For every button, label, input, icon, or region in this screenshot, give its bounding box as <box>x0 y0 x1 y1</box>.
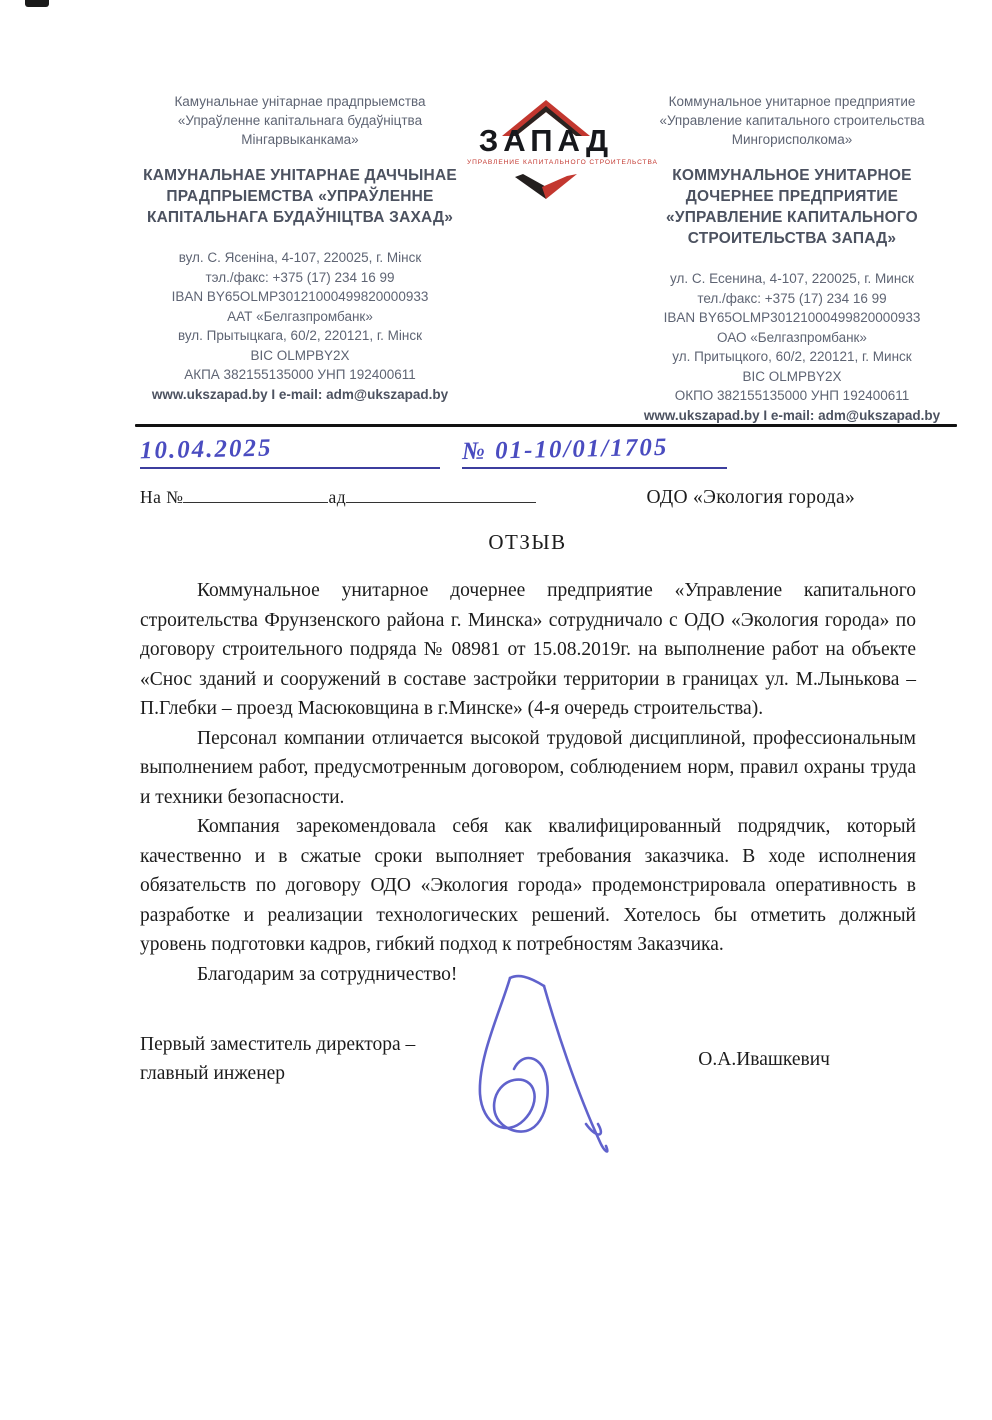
letter-title: ОТЗЫВ <box>140 530 915 555</box>
letter-document: Камунальнае унітарнае прадпрыемства «Упр… <box>0 0 992 1420</box>
reference-line: 10.04.2025№ 01-10/01/1705 <box>140 436 960 469</box>
org-name-small-by: Камунальнае унітарнае прадпрыемства «Упр… <box>135 92 465 149</box>
signature-block: Первый заместитель директора – главный и… <box>140 1030 915 1088</box>
letterhead-left-belarusian: Камунальнае унітарнае прадпрыемства «Упр… <box>135 92 465 425</box>
na-number-label: На № <box>140 487 183 507</box>
header-divider <box>135 424 957 427</box>
recipient-name: ОДО «Экология города» <box>646 487 915 509</box>
letterhead-right-russian: Коммунальное унитарное предприятие «Упра… <box>627 92 957 425</box>
website-email-line: www.ukszapad.by I e-mail: adm@ukszapad.b… <box>627 406 957 426</box>
paragraph: Персонал компании отличается высокой тру… <box>140 724 916 813</box>
signer-position: Первый заместитель директора – главный и… <box>140 1030 415 1088</box>
address-line: ОКПО 382155135000 УНП 192400611 <box>627 386 957 406</box>
paragraph: Компания зарекомендовала себя как квалиф… <box>140 812 916 960</box>
handwritten-doc-number: № 01-10/01/1705 <box>462 436 727 469</box>
ad-label: ад <box>328 487 346 507</box>
address-line: ААТ «Белгазпромбанк» <box>135 307 465 327</box>
scan-artifact <box>25 0 49 7</box>
letter-body: Коммунальное унитарное дочернее предприя… <box>140 576 916 989</box>
incoming-reference-row: На №ад ОДО «Экология города» <box>140 487 915 509</box>
signer-position-line2: главный инженер <box>140 1059 415 1088</box>
address-line: ОАО «Белгазпромбанк» <box>627 328 957 348</box>
na-number-blank <box>183 488 328 503</box>
org-name-bold-ru: КОММУНАЛЬНОЕ УНИТАРНОЕ ДОЧЕРНЕЕ ПРЕДПРИЯ… <box>627 165 957 249</box>
paragraph: Благодарим за сотрудничество! <box>140 960 916 990</box>
incoming-reference-blanks: На №ад <box>140 487 536 508</box>
address-line: тэл./факс: +375 (17) 234 16 99 <box>135 268 465 288</box>
logo-check-icon <box>507 174 585 200</box>
address-line: ул. С. Есенина, 4-107, 220025, г. Минск <box>627 269 957 289</box>
logo-tagline: УПРАВЛЕНИЕ КАПИТАЛЬНОГО СТРОИТЕЛЬСТВА <box>467 159 625 166</box>
signer-name: О.А.Ивашкевич <box>698 1030 915 1074</box>
address-line: BIC OLMPBY2X <box>135 346 465 366</box>
address-line: BIC OLMPBY2X <box>627 367 957 387</box>
handwritten-date: 10.04.2025 <box>140 436 440 469</box>
address-block-ru: ул. С. Есенина, 4-107, 220025, г. Минск … <box>627 269 957 425</box>
website-email-line: www.ukszapad.by I e-mail: adm@ukszapad.b… <box>135 385 465 405</box>
company-logo: ЗАПАД УПРАВЛЕНИЕ КАПИТАЛЬНОГО СТРОИТЕЛЬС… <box>467 92 625 425</box>
paragraph: Коммунальное унитарное дочернее предприя… <box>140 576 916 724</box>
org-name-small-ru: Коммунальное унитарное предприятие «Упра… <box>627 92 957 149</box>
logo-wordmark: ЗАПАД <box>467 124 625 158</box>
signer-position-line1: Первый заместитель директора – <box>140 1030 415 1059</box>
address-line: ул. Притыцкого, 60/2, 220121, г. Минск <box>627 347 957 367</box>
address-line: вул. Прытыцкага, 60/2, 220121, г. Мінск <box>135 326 465 346</box>
address-line: IBAN BY65OLMP30121000499820000933 <box>627 308 957 328</box>
address-line: вул. С. Ясеніна, 4-107, 220025, г. Мінск <box>135 248 465 268</box>
address-line: IBAN BY65OLMP30121000499820000933 <box>135 287 465 307</box>
address-line: АКПА 382155135000 УНП 192400611 <box>135 365 465 385</box>
address-line: тел./факс: +375 (17) 234 16 99 <box>627 289 957 309</box>
address-block-by: вул. С. Ясеніна, 4-107, 220025, г. Мінск… <box>135 248 465 404</box>
ad-date-blank <box>346 488 536 503</box>
org-name-bold-by: КАМУНАЛЬНАЕ УНІТАРНАЕ ДАЧЧЫНАЕ ПРАДПРЫЕМ… <box>135 165 465 228</box>
letterhead: Камунальнае унітарнае прадпрыемства «Упр… <box>135 92 957 425</box>
